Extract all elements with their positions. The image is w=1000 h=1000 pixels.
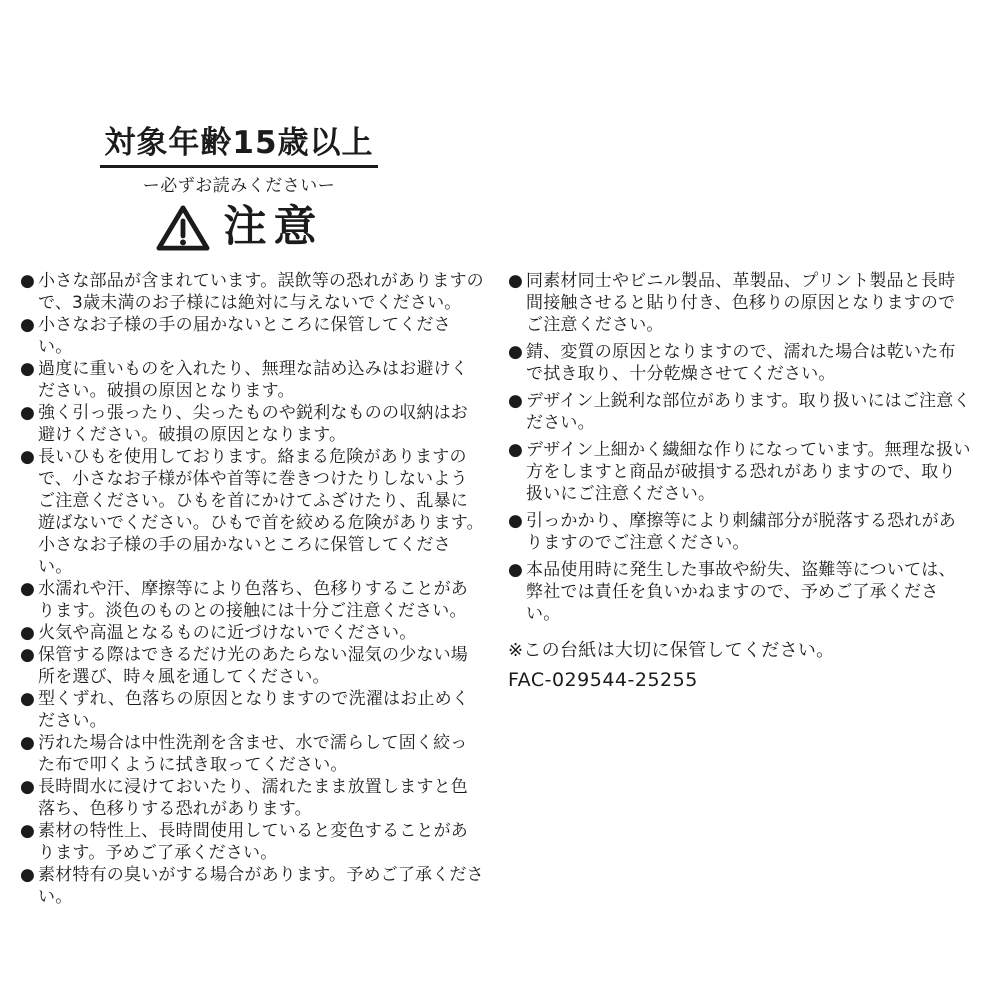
bullet-icon: ●: [508, 270, 526, 336]
warning-item: ● 同素材同士やビニル製品、革製品、プリント製品と長時間接触させると貼り付き、色…: [508, 270, 972, 336]
bullet-icon: ●: [20, 358, 38, 402]
warning-item: ● 素材特有の臭いがする場合があります。予めご了承ください。: [20, 864, 484, 908]
bullet-icon: ●: [508, 439, 526, 505]
warning-text: 本品使用時に発生した事故や紛失、盗難等については、弊社では責任を負いかねますので…: [526, 559, 972, 625]
warning-triangle-icon: [155, 203, 211, 253]
must-read-subtitle: ー必ずお読みくださいー: [0, 171, 478, 196]
warning-item: ● 型くずれ、色落ちの原因となりますので洗濯はお止めください。: [20, 688, 484, 732]
bullet-icon: ●: [20, 578, 38, 622]
bullet-icon: ●: [20, 644, 38, 688]
bullet-icon: ●: [20, 820, 38, 864]
warning-item: ● 素材の特性上、長時間使用していると変色することがあります。予めご了承ください…: [20, 820, 484, 864]
bullet-icon: ●: [20, 270, 38, 314]
warning-item: ● 強く引っ張ったり、尖ったものや鋭利なものの収納はお避けください。破損の原因と…: [20, 402, 484, 446]
bullet-icon: ●: [20, 776, 38, 820]
warning-text: 同素材同士やビニル製品、革製品、プリント製品と長時間接触させると貼り付き、色移り…: [526, 270, 972, 336]
warning-item: ● 引っかかり、摩擦等により刺繍部分が脱落する恐れがありますのでご注意ください。: [508, 510, 972, 554]
caution-heading: 注意: [0, 203, 478, 253]
warning-item: ● 小さな部品が含まれています。誤飲等の恐れがありますので、3歳未満のお子様には…: [20, 270, 484, 314]
warning-item: ● 長いひもを使用しております。絡まる危険がありますので、小さなお子様が体や首等…: [20, 446, 484, 578]
warning-item: ● 保管する際はできるだけ光のあたらない湿気の少ない場所を選び、時々風を通してく…: [20, 644, 484, 688]
warning-text: 引っかかり、摩擦等により刺繍部分が脱落する恐れがありますのでご注意ください。: [526, 510, 972, 554]
warning-text: 汚れた場合は中性洗剤を含ませ、水で濡らして固く絞った布で叩くように拭き取ってくだ…: [38, 732, 484, 776]
warning-text: 保管する際はできるだけ光のあたらない湿気の少ない場所を選び、時々風を通してくださ…: [38, 644, 484, 688]
warning-text: 小さな部品が含まれています。誤飲等の恐れがありますので、3歳未満のお子様には絶対…: [38, 270, 484, 314]
warning-list-right: ● 同素材同士やビニル製品、革製品、プリント製品と長時間接触させると貼り付き、色…: [508, 270, 972, 625]
bullet-icon: ●: [508, 341, 526, 385]
warning-item: ● 過度に重いものを入れたり、無理な詰め込みはお避けください。破損の原因となりま…: [20, 358, 484, 402]
warning-item: ● 本品使用時に発生した事故や紛失、盗難等については、弊社では責任を負いかねます…: [508, 559, 972, 625]
keep-card-note: ※この台紙は大切に保管してください。: [508, 636, 972, 662]
warning-text: 錆、変質の原因となりますので、濡れた場合は乾いた布で拭き取り、十分乾燥させてくだ…: [526, 341, 972, 385]
bullet-icon: ●: [508, 390, 526, 434]
warnings-column-right: ● 同素材同士やビニル製品、革製品、プリント製品と長時間接触させると貼り付き、色…: [508, 270, 972, 691]
warning-text: 長いひもを使用しております。絡まる危険がありますので、小さなお子様が体や首等に巻…: [38, 446, 484, 578]
warning-text: 強く引っ張ったり、尖ったものや鋭利なものの収納はお避けください。破損の原因となり…: [38, 402, 484, 446]
caution-sheet: 対象年齢15歳以上 ー必ずお読みくださいー 注意 ● 小さな部品が含まれています…: [0, 0, 1000, 1000]
bullet-icon: ●: [20, 732, 38, 776]
warnings-column-left: ● 小さな部品が含まれています。誤飲等の恐れがありますので、3歳未満のお子様には…: [20, 270, 484, 908]
warning-list-left: ● 小さな部品が含まれています。誤飲等の恐れがありますので、3歳未満のお子様には…: [20, 270, 484, 908]
product-code: FAC-029544-25255: [508, 669, 972, 691]
warning-item: ● 水濡れや汗、摩擦等により色落ち、色移りすることがあります。淡色のものとの接触…: [20, 578, 484, 622]
warning-text: 長時間水に浸けておいたり、濡れたまま放置しますと色落ち、色移りする恐れがあります…: [38, 776, 484, 820]
warning-text: デザイン上細かく繊細な作りになっています。無理な扱い方をしますと商品が破損する恐…: [526, 439, 972, 505]
bullet-icon: ●: [508, 510, 526, 554]
bullet-icon: ●: [20, 402, 38, 446]
target-age-title: 対象年齢15歳以上: [0, 126, 478, 168]
bullet-icon: ●: [20, 622, 38, 644]
warning-text: 小さなお子様の手の届かないところに保管してください。: [38, 314, 484, 358]
warning-item: ● 汚れた場合は中性洗剤を含ませ、水で濡らして固く絞った布で叩くように拭き取って…: [20, 732, 484, 776]
warning-text: 火気や高温となるものに近づけないでください。: [38, 622, 484, 644]
bullet-icon: ●: [20, 864, 38, 908]
warning-item: ● 長時間水に浸けておいたり、濡れたまま放置しますと色落ち、色移りする恐れがあり…: [20, 776, 484, 820]
bullet-icon: ●: [20, 446, 38, 578]
header: 対象年齢15歳以上 ー必ずお読みくださいー 注意: [0, 126, 478, 253]
warning-text: デザイン上鋭利な部位があります。取り扱いにはご注意ください。: [526, 390, 972, 434]
bullet-icon: ●: [20, 314, 38, 358]
warning-text: 素材特有の臭いがする場合があります。予めご了承ください。: [38, 864, 484, 908]
bullet-icon: ●: [20, 688, 38, 732]
warning-text: 型くずれ、色落ちの原因となりますので洗濯はお止めください。: [38, 688, 484, 732]
target-age-text: 対象年齢15歳以上: [100, 126, 377, 168]
warning-text: 水濡れや汗、摩擦等により色落ち、色移りすることがあります。淡色のものとの接触には…: [38, 578, 484, 622]
bullet-icon: ●: [508, 559, 526, 625]
warning-item: ● 小さなお子様の手の届かないところに保管してください。: [20, 314, 484, 358]
warning-item: ● 火気や高温となるものに近づけないでください。: [20, 622, 484, 644]
caution-label: 注意: [224, 206, 324, 249]
warning-item: ● デザイン上細かく繊細な作りになっています。無理な扱い方をしますと商品が破損す…: [508, 439, 972, 505]
warning-item: ● 錆、変質の原因となりますので、濡れた場合は乾いた布で拭き取り、十分乾燥させて…: [508, 341, 972, 385]
warning-item: ● デザイン上鋭利な部位があります。取り扱いにはご注意ください。: [508, 390, 972, 434]
warning-text: 素材の特性上、長時間使用していると変色することがあります。予めご了承ください。: [38, 820, 484, 864]
warning-text: 過度に重いものを入れたり、無理な詰め込みはお避けください。破損の原因となります。: [38, 358, 484, 402]
